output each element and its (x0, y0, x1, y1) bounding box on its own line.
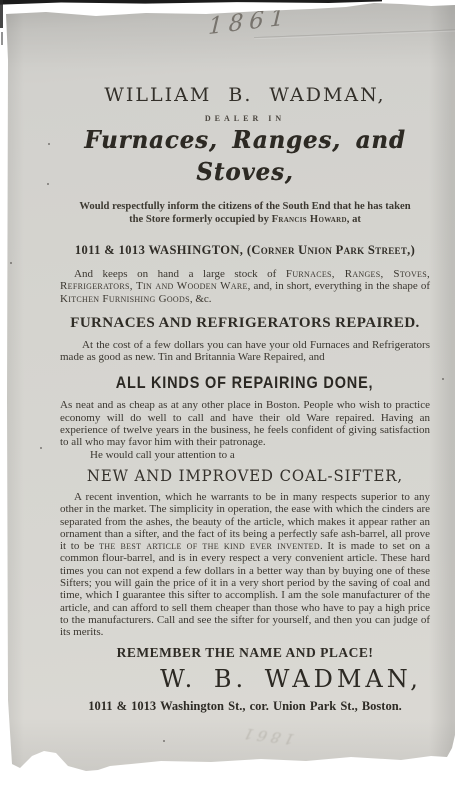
coal-sifter-heading: NEW AND IMPROVED COAL-SIFTER, (60, 466, 430, 486)
scan-edge-artifact (0, 0, 382, 5)
intro-line1: Would respectfully inform the citizens o… (79, 201, 410, 212)
business-name: WILLIAM B. WADMAN, (60, 84, 430, 106)
broadside-text: WILLIAM B. WADMAN, DEALER IN Furnaces, R… (6, 0, 456, 714)
remember-line: REMEMBER THE NAME AND PLACE! (60, 645, 430, 661)
broadside-paper: 1861 1861 WILLIAM B. WADMAN, DEALER IN F… (6, 0, 456, 772)
footer-address: 1011 & 1013 Washington St., cor. Union P… (60, 699, 430, 714)
street-name: Corner Union Park Street, (251, 243, 410, 257)
repaired-heading: FURNACES AND REFRIGERATORS REPAIRED. (60, 314, 430, 332)
sifter-paragraph: A recent invention, which he warrants to… (60, 491, 430, 639)
scan-edge-mark (0, 0, 3, 28)
scanned-broadside-page: 1861 1861 WILLIAM B. WADMAN, DEALER IN F… (0, 0, 460, 785)
quality-paragraph: As neat and as cheap as at any other pla… (60, 399, 430, 448)
paper-speck (163, 740, 165, 742)
handwritten-year-showthrough: 1861 (238, 724, 296, 748)
attention-line: He would call your attention to a (60, 449, 430, 461)
dealer-in-line: DEALER IN (60, 114, 430, 123)
cost-paragraph: At the cost of a few dollars you can hav… (60, 339, 430, 364)
best-article-claim: the best article of the kind ever invent… (99, 540, 320, 552)
repairing-heading: ALL KINDS OF REPAIRING DONE, (60, 372, 430, 394)
trade-line: Furnaces, Ranges, and Stoves, (69, 124, 421, 188)
address-heading: 1011 & 1013 WASHINGTON, (Corner Union Pa… (60, 243, 430, 258)
signature-name: W. B. WADMAN, (106, 665, 460, 693)
intro-paragraph: Would respectfully inform the citizens o… (60, 201, 430, 226)
prior-owner-name: Francis Howard (272, 214, 347, 225)
intro-line2: the Store formerly occupied by Francis H… (129, 214, 361, 225)
scan-edge-mark (1, 32, 3, 45)
kitchen-goods: Kitchen Furnishing Goods (60, 293, 190, 305)
stock-paragraph: And keeps on hand a large stock of Furna… (60, 268, 430, 305)
